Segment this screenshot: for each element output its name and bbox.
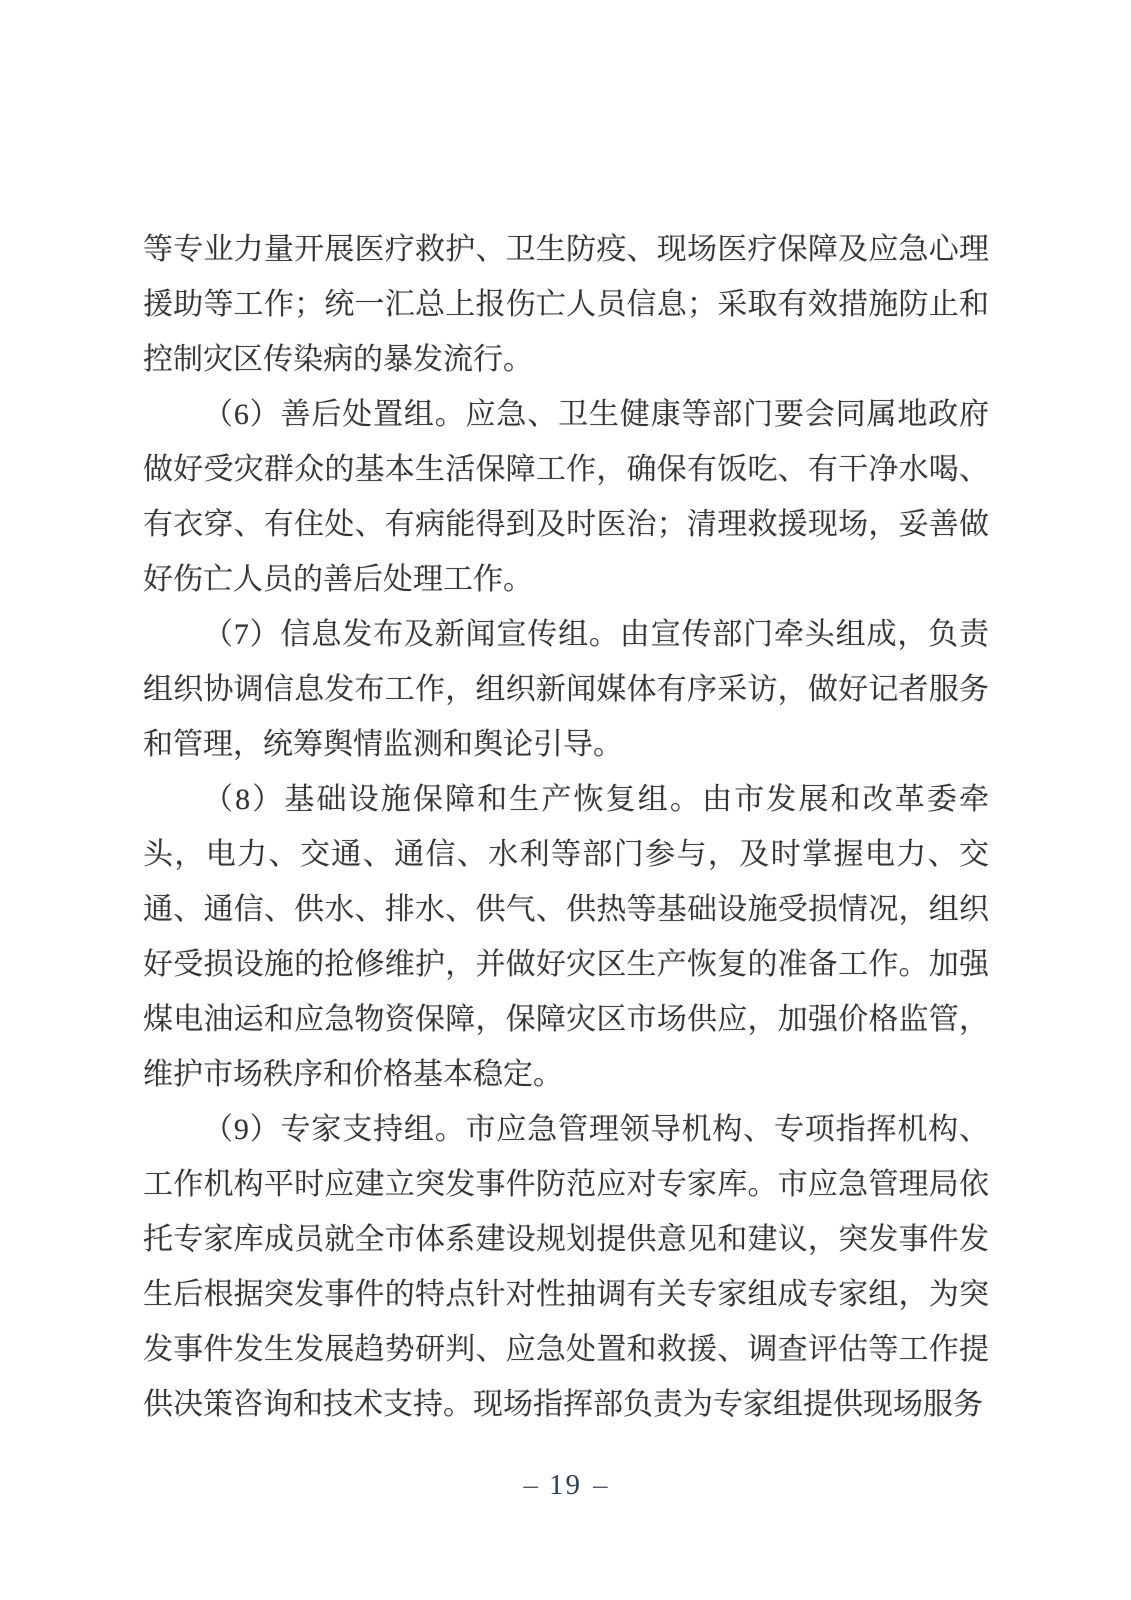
paragraph-7-information-release-publicity-group: （7）信息发布及新闻宣传组。由宣传部门牵头组成，负责组织协调信息发布工作，组织新… [143,607,989,772]
page-footer: –19– [0,1465,1131,1505]
document-body: 等专业力量开展医疗救护、卫生防疫、现场医疗保障及应急心理援助等工作；统一汇总上报… [143,222,989,1432]
paragraph-9-expert-support-group: （9）专家支持组。市应急管理领导机构、专项指挥机构、工作机构平时应建立突发事件防… [143,1102,989,1432]
paragraph-8-infrastructure-production-recovery-group: （8）基础设施保障和生产恢复组。由市发展和改革委牵头，电力、交通、通信、水利等部… [143,772,989,1102]
document-page: 等专业力量开展医疗救护、卫生防疫、现场医疗保障及应急心理援助等工作；统一汇总上报… [0,0,1131,1600]
paragraph-6-aftermath-disposal-group: （6）善后处置组。应急、卫生健康等部门要会同属地政府做好受灾群众的基本生活保障工… [143,387,989,607]
page-number-dash-right: – [593,1469,608,1501]
paragraph-medical-rescue-continuation: 等专业力量开展医疗救护、卫生防疫、现场医疗保障及应急心理援助等工作；统一汇总上报… [143,222,989,387]
page-number-dash-left: – [524,1469,539,1501]
page-number: 19 [549,1469,582,1501]
